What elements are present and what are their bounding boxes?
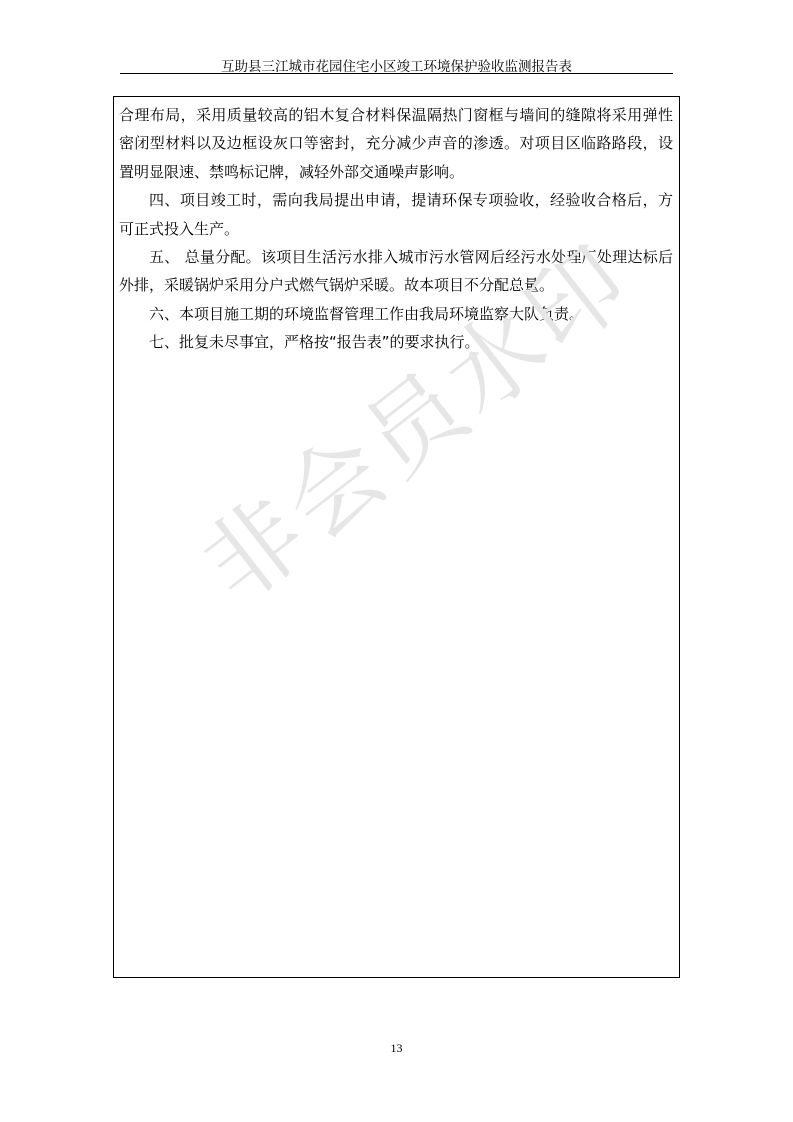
header-divider	[120, 73, 673, 74]
paragraph-item-4: 四、项目竣工时，需向我局提出申请，提请环保专项验收，经验收合格后，方可正式投入生…	[119, 186, 673, 243]
content-table-cell: 合理布局，采用质量较高的铝木复合材料保温隔热门窗框与墙间的缝隙将采用弹性密闭型材…	[113, 96, 680, 978]
paragraph-item-5: 五、 总量分配。该项目生活污水排入城市污水管网后经污水处理厂处理达标后外排，采暖…	[119, 243, 673, 300]
paragraph-continuation: 合理布局，采用质量较高的铝木复合材料保温隔热门窗框与墙间的缝隙将采用弹性密闭型材…	[119, 101, 673, 186]
paragraph-item-7: 七、批复未尽事宜，严格按“报告表”的要求执行。	[119, 328, 673, 356]
body-text: 合理布局，采用质量较高的铝木复合材料保温隔热门窗框与墙间的缝隙将采用弹性密闭型材…	[119, 101, 673, 357]
document-header-title: 互助县三江城市花园住宅小区竣工环境保护验收监测报告表	[0, 55, 793, 75]
paragraph-item-6: 六、本项目施工期的环境监督管理工作由我局环境监察大队负责。	[119, 300, 673, 328]
page-number: 13	[0, 1041, 793, 1056]
